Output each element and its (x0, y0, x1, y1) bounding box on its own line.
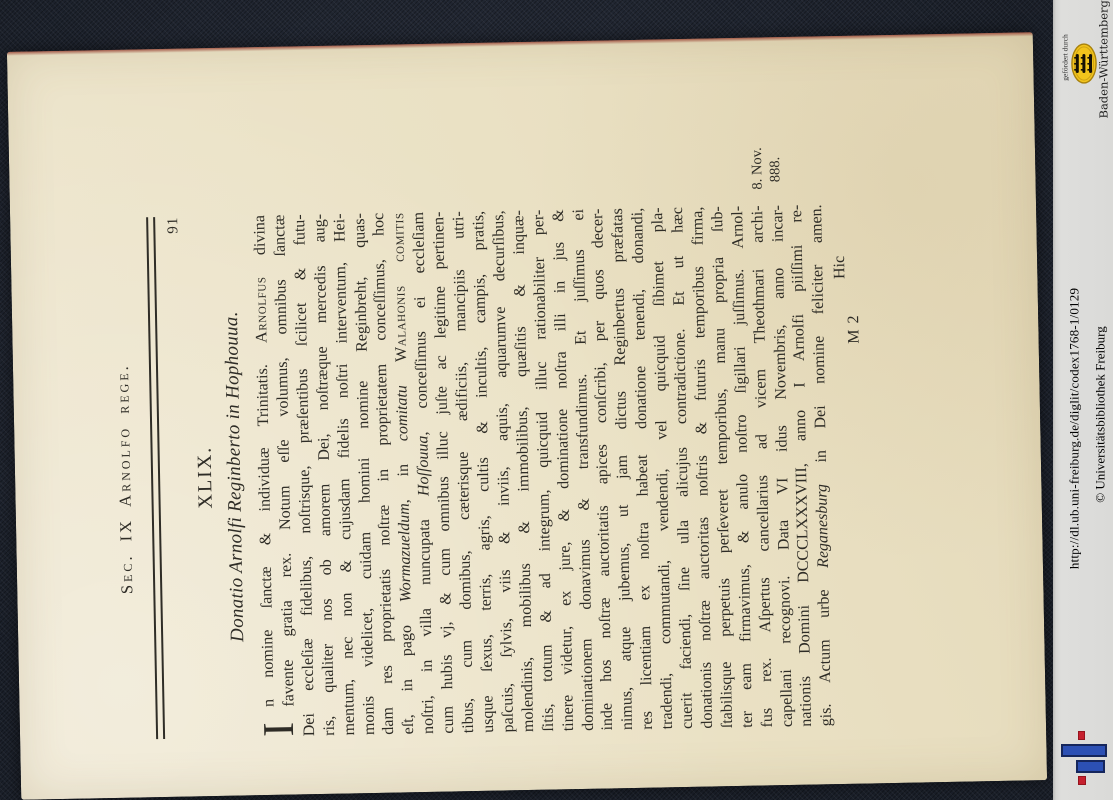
signature-mark: M 2 (845, 314, 864, 344)
region-label: Baden-Württemberg (1097, 5, 1112, 119)
logo-red-square (1078, 731, 1085, 740)
section-heading: XLIX. (189, 216, 222, 738)
body-text: n nomine ſanctæ & individuæ Trinitatis. … (250, 204, 837, 737)
logo-red-square (1078, 776, 1086, 785)
copyright-label: © Universitätsbibliothek Freiburg (1093, 265, 1110, 565)
margin-date-note: 8. Nov. 888. (749, 147, 785, 190)
catchword: Hic (831, 256, 849, 279)
document-title: Donatio Arnolfi Reginberto in Hophouua. (219, 215, 251, 737)
baden-wuerttemberg-coat-of-arms-icon (1071, 43, 1097, 84)
margin-note-line: 888. (766, 147, 784, 189)
running-header: Sec. IX Arnolfo rege. (110, 218, 140, 740)
page-number: 91 (165, 217, 182, 234)
library-url: http://dl.ub.uni-freiburg.de/diglit/code… (1067, 214, 1084, 644)
funding-label: gefördert durch (1061, 28, 1072, 88)
three-lions-icon (1074, 54, 1092, 73)
logo-blue-bar (1061, 744, 1107, 757)
scanned-page: Sec. IX Arnolfo rege. 91 XLIX. Donatio A… (7, 32, 1047, 800)
margin-note-line: 8. Nov. (749, 147, 767, 189)
logo-blue-bar (1076, 760, 1105, 773)
